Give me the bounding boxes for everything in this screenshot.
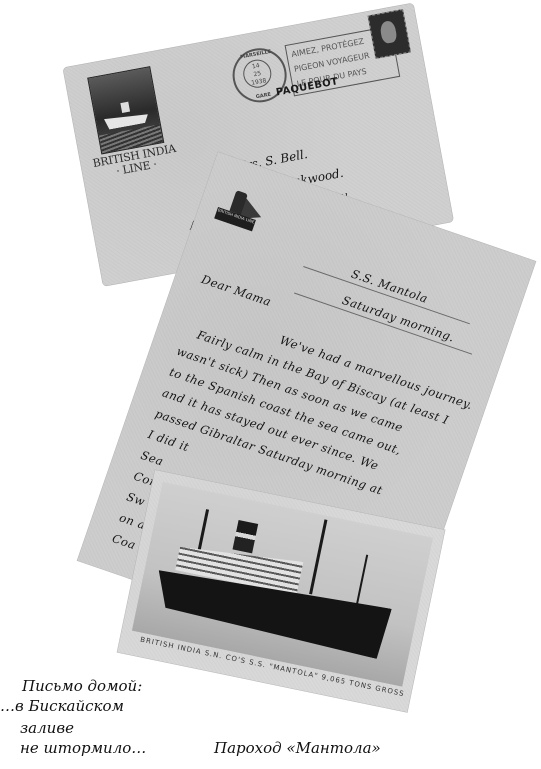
ship-illustration-icon (87, 66, 164, 154)
letter-line: Sw (125, 490, 147, 509)
postmark-date: 14 25 1938 (241, 57, 274, 90)
letter-header-day: Saturday morning. (340, 293, 456, 345)
letter-line: Sea (139, 448, 165, 469)
caption-right: Пароход «Мантола» (214, 738, 381, 758)
caption-left-line-1: Письмо домой: (22, 676, 142, 696)
letter-line: Coa (110, 531, 137, 552)
letter-salutation: Dear Mama (200, 272, 274, 309)
funnel-flag-logo-icon: BRITISH INDIA LINE (212, 186, 269, 239)
caption-left-line-4: не штормило… (20, 738, 146, 758)
caption-left-line-2: …в Бискайском (0, 696, 124, 716)
king-portrait-stamp-icon (368, 9, 411, 59)
caption-left-line-3: заливе (20, 718, 74, 738)
